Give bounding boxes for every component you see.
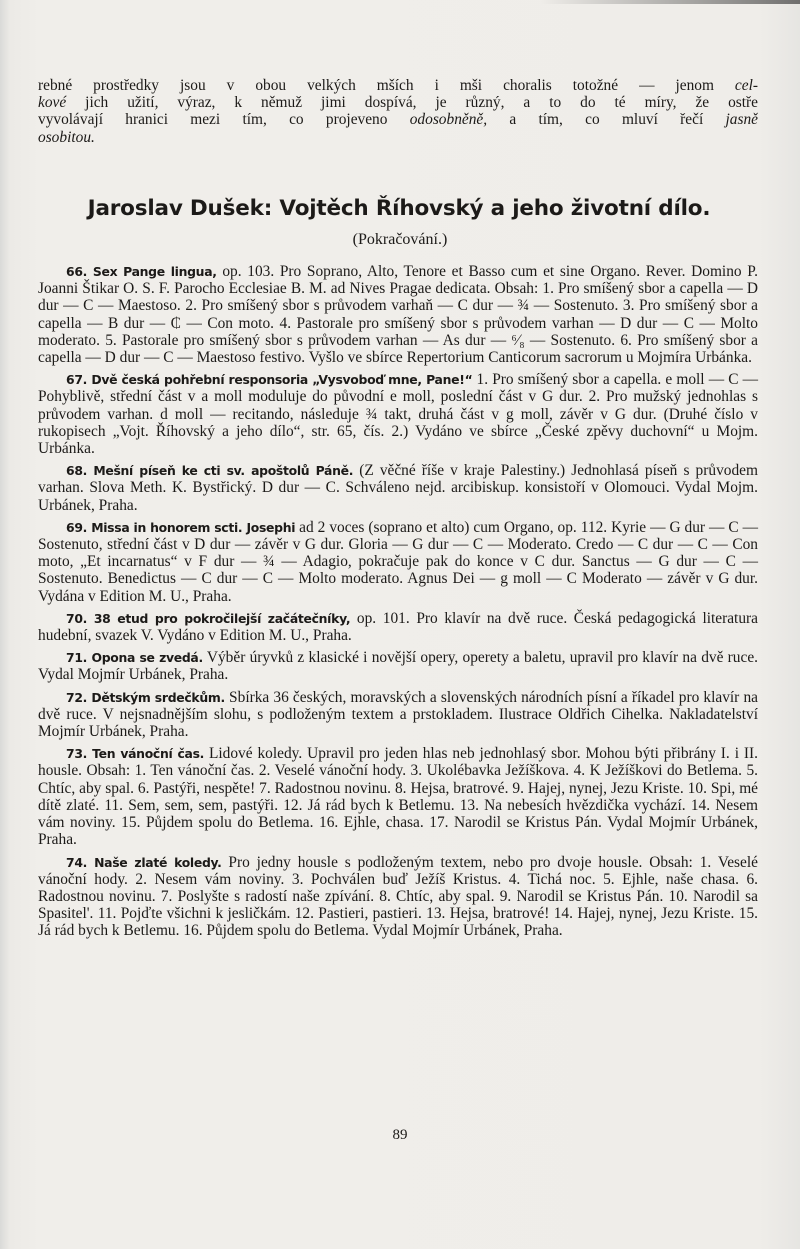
entry-title: Naše zlaté koledy. (94, 855, 222, 870)
entry-number: 72. (66, 690, 91, 705)
entry-title: 38 etud pro pokročilejší začátečníky, (94, 611, 350, 626)
intro-line: osobitou. (38, 129, 758, 146)
catalog-entry: 66. Sex Pange lingua, op. 103. Pro Sopra… (38, 263, 758, 366)
text-run: vyvolávají hranici mezi tím, co projeven… (38, 111, 410, 128)
entry-title: Dvě česká pohřební responsoria „Vysvoboď… (91, 372, 472, 387)
page-number: 89 (0, 1127, 800, 1144)
entry-title: Sex Pange lingua, (93, 264, 217, 279)
catalog-entry: 68. Mešní píseň ke cti sv. apoštolů Páně… (38, 462, 758, 514)
intro-line: rebné prostředky jsou v obou velkých mší… (38, 77, 758, 94)
entry-number: 69. (66, 520, 91, 535)
intro-paragraph: rebné prostředky jsou v obou velkých mší… (38, 77, 758, 146)
catalog-entry: 71. Opona se zvedá. Výběr úryvků z klasi… (38, 649, 758, 683)
emphasized-text: osobitou. (38, 129, 95, 146)
text-run: a tím, co mluví řečí (487, 111, 725, 128)
entry-number: 73. (66, 746, 92, 761)
text-run: rebné prostředky jsou v obou velkých mší… (38, 77, 735, 94)
catalog-entry: 67. Dvě česká pohřební responsoria „Vysv… (38, 371, 758, 457)
catalog-entry: 74. Naše zlaté koledy. Pro jedny housle … (38, 854, 758, 940)
entry-number: 71. (66, 650, 91, 665)
scanned-page: rebné prostředky jsou v obou velkých mší… (0, 0, 800, 1249)
entry-title: Missa in honorem scti. Josephi (91, 520, 295, 535)
emphasized-text: cel- (735, 77, 758, 94)
text-run: jich užití, výraz, k němuž jimi dospívá,… (66, 94, 758, 111)
entry-number: 66. (66, 264, 93, 279)
catalog-entry: 72. Dětským srdečkům. Sbírka 36 českých,… (38, 689, 758, 741)
catalog-entries: 66. Sex Pange lingua, op. 103. Pro Sopra… (38, 263, 758, 945)
intro-line: vyvolávají hranici mezi tím, co projeven… (38, 111, 758, 128)
intro-line: kové jich užití, výraz, k němuž jimi dos… (38, 94, 758, 111)
emphasized-text: jasně (726, 111, 759, 128)
entry-title: Mešní píseň ke cti sv. apoštolů Páně. (93, 463, 353, 478)
emphasized-text: odosobněně, (410, 111, 487, 128)
entry-title: Opona se zvedá. (91, 650, 202, 665)
entry-number: 74. (66, 855, 94, 870)
entry-number: 68. (66, 463, 93, 478)
entry-title: Dětským srdečkům. (91, 690, 225, 705)
entry-title: Ten vánoční čas. (92, 746, 204, 761)
emphasized-text: kové (38, 94, 66, 111)
catalog-entry: 73. Ten vánoční čas. Lidové koledy. Upra… (38, 745, 758, 848)
entry-number: 70. (66, 611, 94, 626)
scan-edge-shadow (540, 0, 800, 4)
catalog-entry: 69. Missa in honorem scti. Josephi ad 2 … (38, 519, 758, 605)
entry-number: 67. (66, 372, 91, 387)
article-subheading: (Pokračování.) (0, 231, 800, 249)
article-heading: Jaroslav Dušek: Vojtěch Říhovský a jeho … (38, 196, 760, 221)
catalog-entry: 70. 38 etud pro pokročilejší začátečníky… (38, 610, 758, 644)
